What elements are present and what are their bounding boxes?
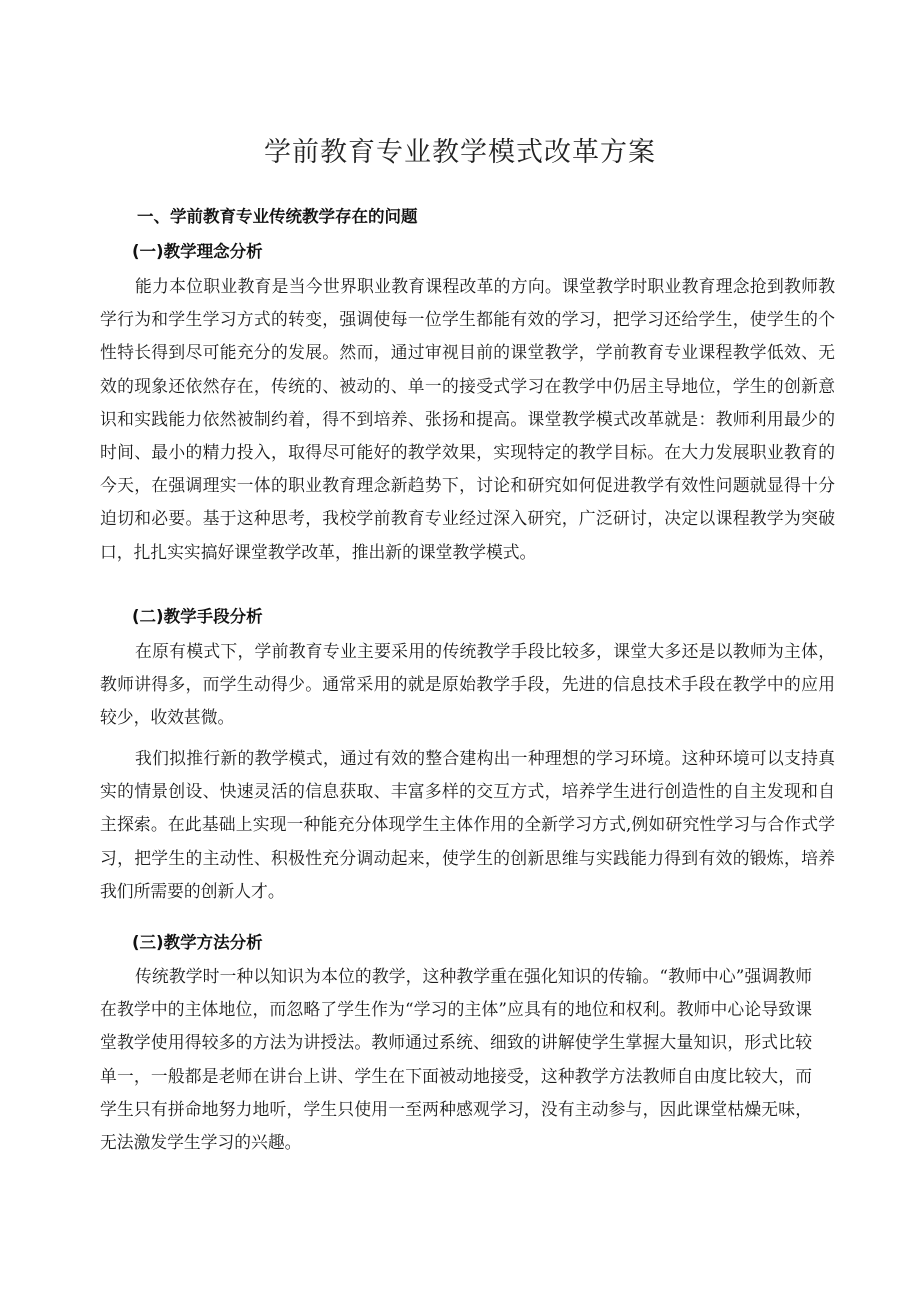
subsection-heading-3: (三)教学方法分析 [132, 929, 263, 953]
paragraph-teaching-methods: 传统教学时一种以知识为本位的教学，这种教学重在强化知识的传输。“教师中心”强调教… [100, 960, 812, 1159]
section-heading-1: 一、学前教育专业传统教学存在的问题 [137, 203, 418, 227]
paragraph-teaching-means-1: 在原有模式下，学前教育专业主要采用的传统教学手段比较多，课堂大多还是以教师为主体… [100, 635, 835, 735]
subsection-heading-2: (二)教学手段分析 [132, 603, 263, 627]
document-page: 学前教育专业教学模式改革方案 一、学前教育专业传统教学存在的问题 (一)教学理念… [0, 0, 920, 1301]
subsection-heading-1: (一)教学理念分析 [132, 238, 263, 262]
document-title: 学前教育专业教学模式改革方案 [0, 130, 920, 169]
paragraph-teaching-means-2: 我们拟推行新的教学模式，通过有效的整合建构出一种理想的学习环境。这种环境可以支持… [100, 742, 835, 908]
paragraph-teaching-philosophy: 能力本位职业教育是当今世界职业教育课程改革的方向。课堂教学时职业教育理念抢到教师… [100, 270, 835, 569]
